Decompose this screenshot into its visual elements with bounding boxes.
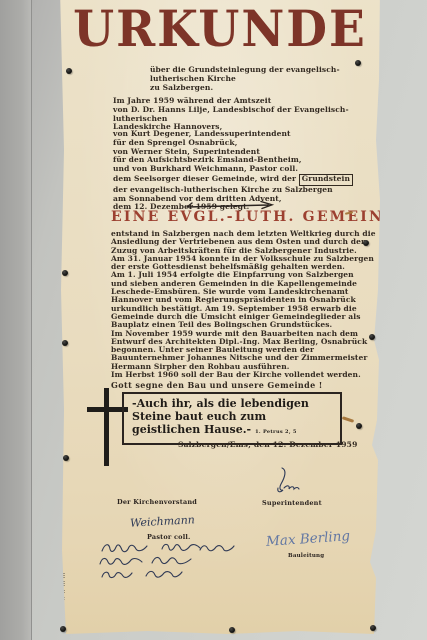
grundstein-prefix: dem Seelsorger dieser Gemeinde, wird der	[113, 174, 299, 183]
pushpin	[355, 60, 361, 66]
pushpin	[369, 334, 375, 340]
dateline: Salzbergen/Ems, den 12. Dezember 1959	[178, 440, 358, 449]
heading-flourish-icon	[411, 209, 427, 219]
pushpin	[63, 455, 69, 461]
document-subtitle: über die Grundsteinlegung der evangelisc…	[150, 66, 382, 92]
paragraph-amtszeit: Im Jahre 1959 während der Amtszeit von D…	[113, 97, 382, 132]
pushpin	[62, 270, 68, 276]
signature-board-member	[100, 541, 150, 555]
signature-board-member	[144, 567, 184, 581]
printer-imprint	[61, 572, 67, 602]
signature-superintendent	[264, 466, 304, 494]
paragraph-officials: von Kurt Degener, Landessuperintendent f…	[113, 130, 302, 174]
pushpin	[356, 423, 362, 429]
pushpin	[370, 625, 376, 631]
section-heading: EINE EVGL.-LUTH. GEMEINDE	[111, 209, 427, 225]
signature-architect: Max Berling	[266, 528, 351, 550]
pushpin	[229, 627, 235, 633]
signature-pastor: Weichmann	[130, 513, 195, 529]
section-heading-text: EINE EVGL.-LUTH. GEMEINDE	[111, 209, 411, 225]
pushpin	[62, 340, 68, 346]
superintendent-label: Superintendent	[262, 499, 322, 507]
cross-icon	[104, 388, 109, 466]
paper-tear-fiber	[342, 416, 354, 423]
bible-quote-box: -Auch ihr, als die lebendigen Steine bau…	[122, 392, 342, 445]
pushpin	[363, 240, 369, 246]
wall-shadow-band	[0, 0, 32, 640]
photo-of-certificate: URKUNDE über die Grundsteinlegung der ev…	[0, 0, 427, 640]
paragraph-history: entstand in Salzbergen nach dem letzten …	[111, 230, 376, 379]
blessing-line: Gott segne den Bau und unsere Gemeinde !	[111, 381, 323, 390]
signature-board-member	[100, 568, 134, 581]
bible-quote-citation: 1. Petrus 2, 5	[255, 429, 297, 435]
signature-board-member	[160, 540, 202, 554]
pushpin	[60, 626, 66, 632]
bauleitung-label: Bauleitung	[288, 553, 324, 559]
certificate-poster: URKUNDE über die Grundsteinlegung der ev…	[58, 0, 382, 636]
document-title: URKUNDE	[58, 5, 382, 55]
signature-board-member	[198, 541, 236, 554]
signature-board-member	[98, 554, 144, 568]
pushpin	[66, 68, 72, 74]
signature-board-member	[150, 553, 194, 568]
kirchenvorstand-label: Der Kirchenvorstand	[117, 498, 197, 506]
